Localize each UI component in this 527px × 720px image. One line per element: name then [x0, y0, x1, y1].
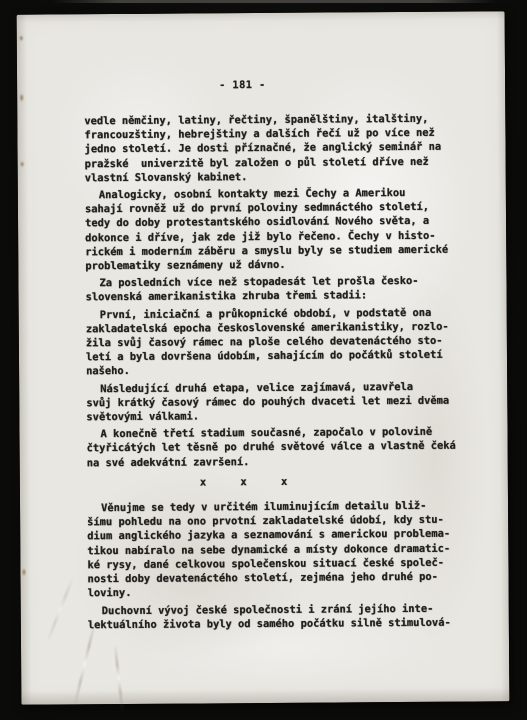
paper-crease — [46, 576, 75, 642]
section-divider: x x x — [87, 473, 469, 490]
paragraph: První, iniciační a průkopnické období, v… — [86, 305, 468, 379]
text-line: loviny. — [88, 584, 470, 601]
paragraph: A konečně třetí stadium současné, započa… — [86, 425, 468, 470]
text-line: vlastní Slovanský kabinet. — [85, 168, 467, 185]
staple-rust-mark — [19, 35, 24, 42]
staple-rust-mark — [20, 161, 25, 168]
page-text: vedle němčiny, latiny, řečtiny, španělšt… — [84, 112, 470, 636]
paragraph: Duchovní vývoj české společnosti i zrání… — [88, 601, 470, 632]
paragraph: Za posledních více než stopadesát let pr… — [85, 274, 467, 305]
paragraph: vedle němčiny, latiny, řečtiny, španělšt… — [84, 112, 466, 186]
text-line: našeho. — [86, 362, 468, 379]
paper-crease — [113, 644, 124, 712]
text-line: čtyřicátých let těsně po druhé světové v… — [87, 439, 469, 456]
paragraph: Věnujme se tedy v určitém iluminujícím d… — [87, 499, 470, 601]
photo-background: - 181 - vedle němčiny, latiny, řečtiny, … — [0, 0, 527, 720]
text-line: rickém i moderním záběru a smyslu byly s… — [85, 242, 467, 259]
paragraph: Analogicky, osobní kontakty mezi Čechy a… — [85, 186, 468, 274]
staple-rust-mark — [21, 568, 26, 577]
text-line: lektuálního života byly od samého počátk… — [88, 615, 470, 632]
text-line: pražské univerzitě byl založen o půl sto… — [85, 154, 467, 171]
page-number: - 181 - — [219, 79, 266, 91]
paragraph: Následující druhá etapa, velice zajímavá… — [86, 379, 468, 424]
text-line: problematiky seznámeny už dávno. — [85, 257, 467, 274]
document-page: - 181 - vedle němčiny, latiny, řečtiny, … — [17, 11, 510, 704]
staple-rust-mark — [19, 93, 24, 103]
text-line: slovenská amerikanistika zhruba třemi st… — [86, 288, 468, 305]
text-line: na své adekvátní završení. — [87, 453, 469, 470]
text-line: světovými válkami. — [86, 408, 468, 425]
text-line: svůj krátký časový rámec do pouhých dvac… — [86, 393, 468, 410]
photo-top-edge-highlight — [52, 0, 497, 3]
